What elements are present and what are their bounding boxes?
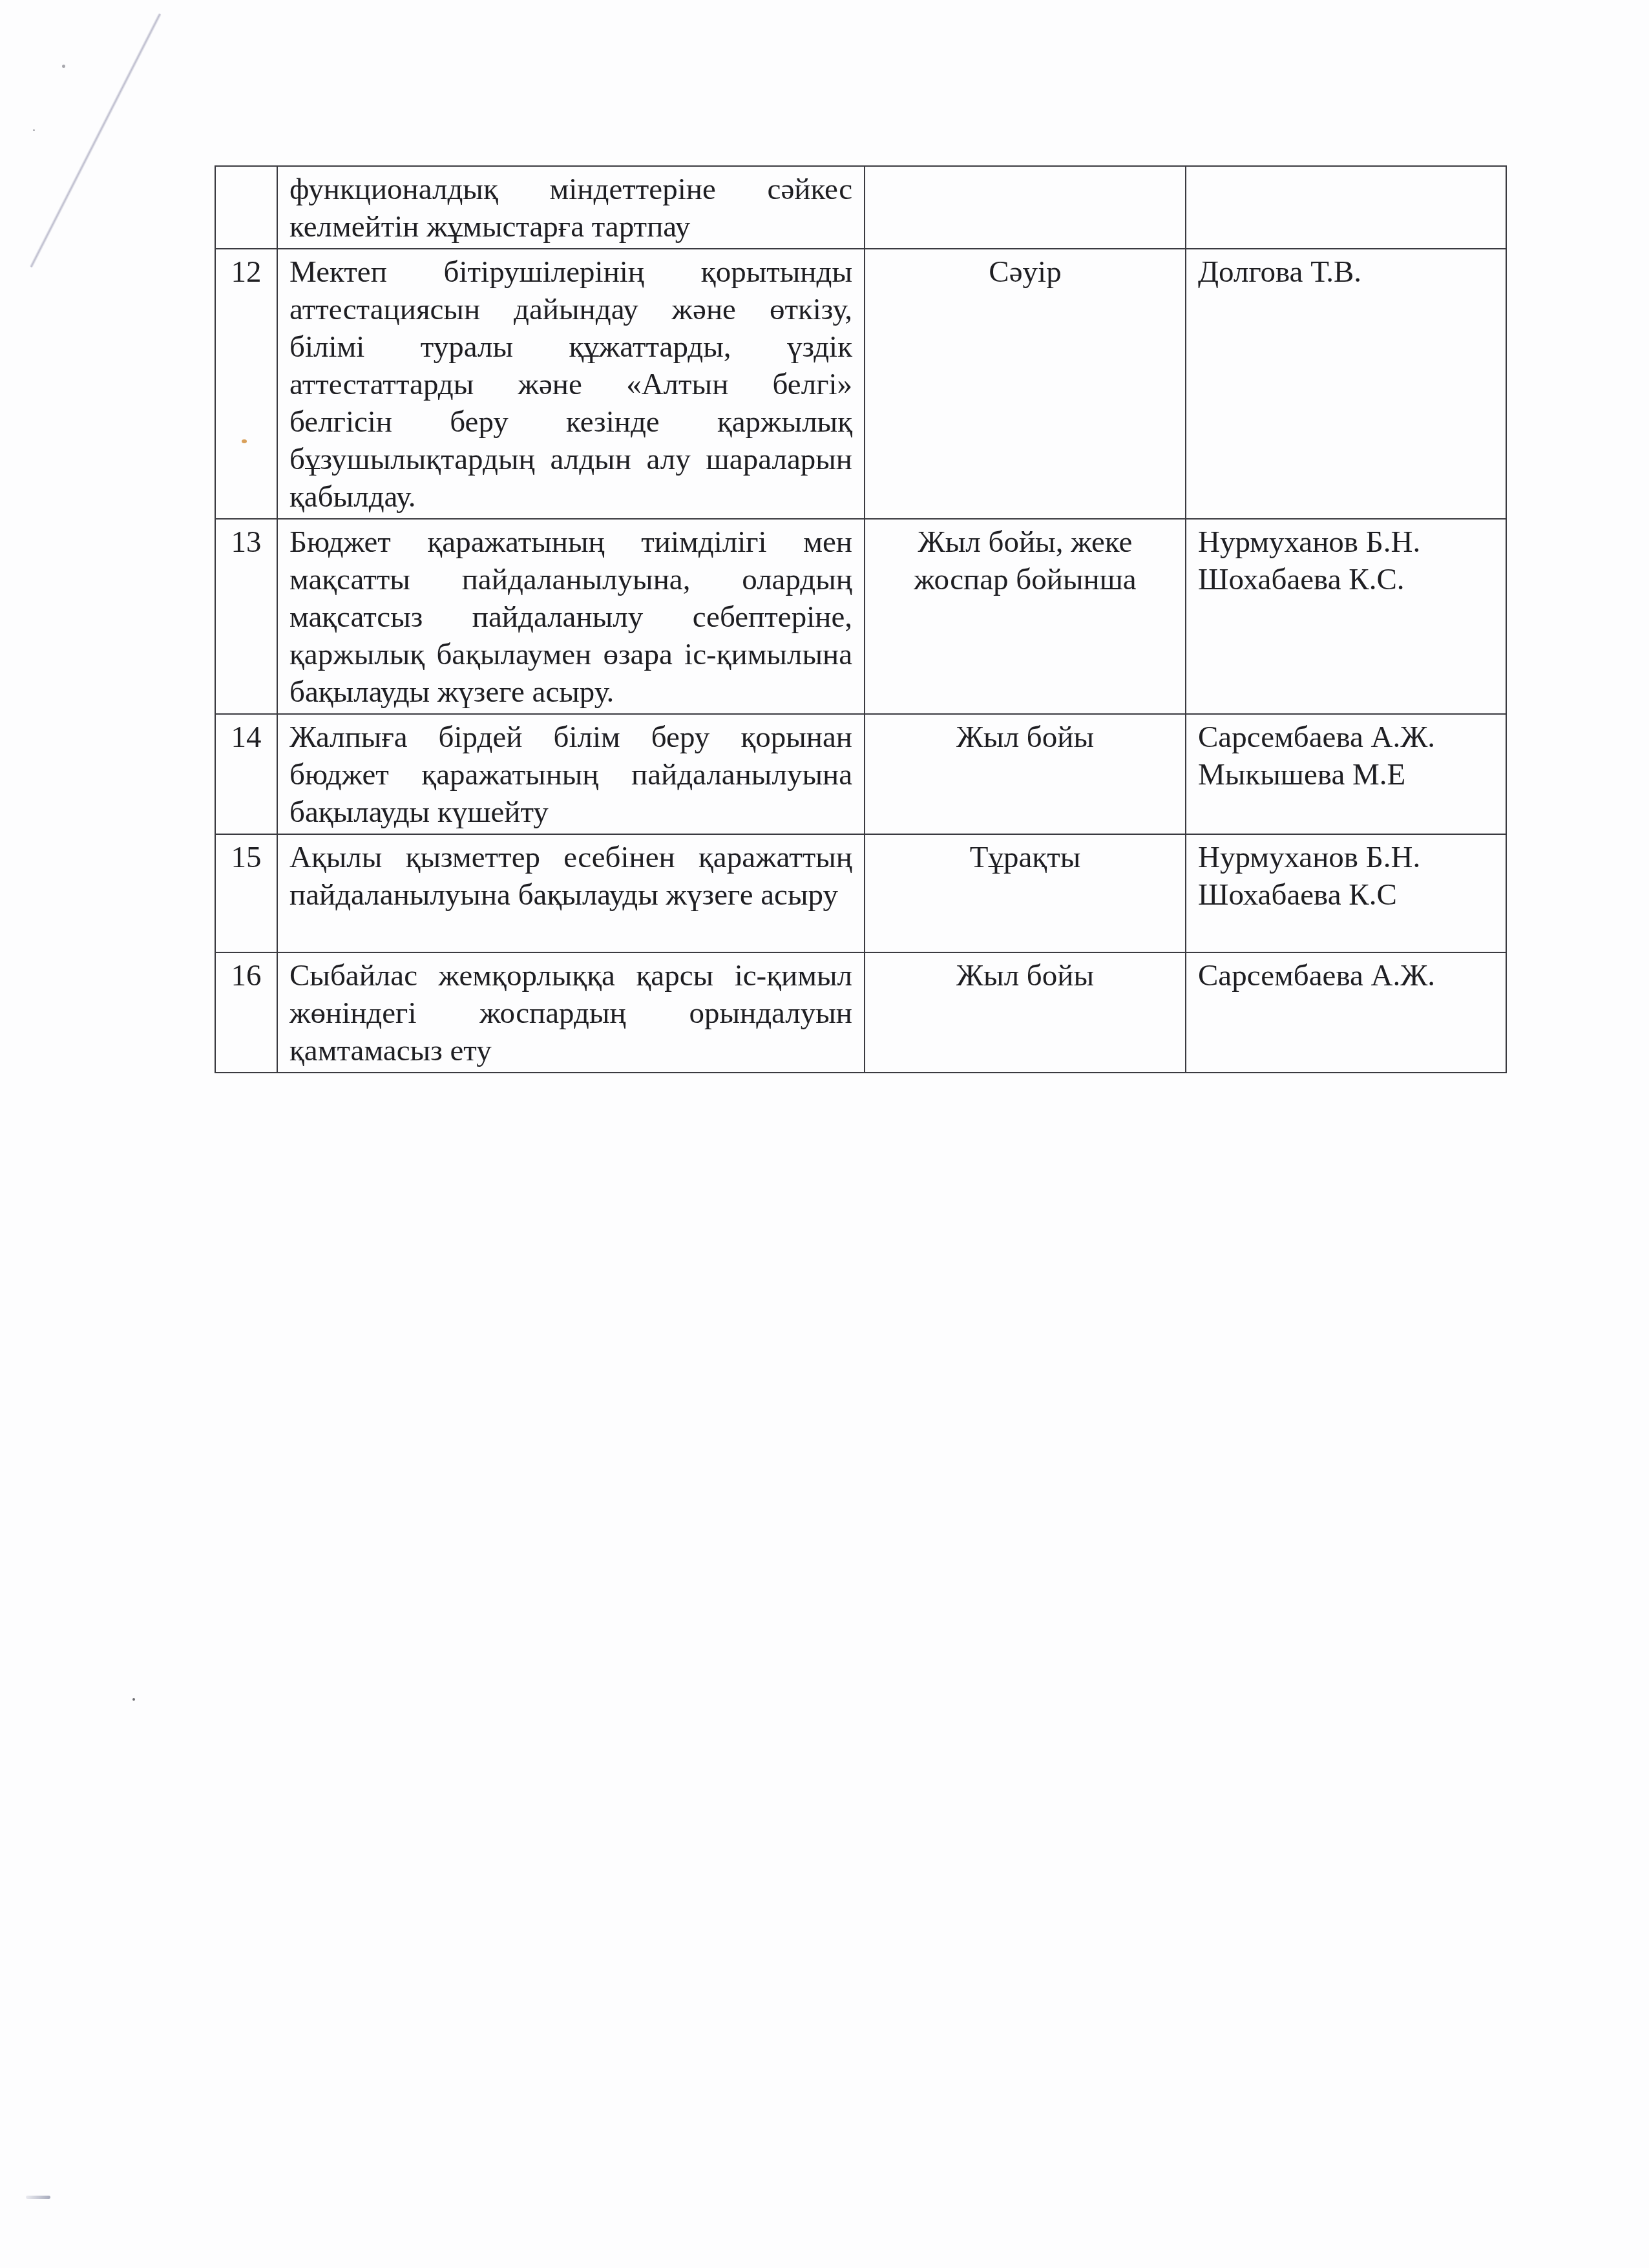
table-row: 13 Бюджет қаражатының тиімділігі мен мақ… — [215, 519, 1506, 714]
table-row: функционалдық міндеттеріне сәйкес келмей… — [215, 166, 1506, 249]
responsible-person: Мыкышева М.Е — [1198, 756, 1494, 793]
term-cell: Жыл бойы — [865, 952, 1186, 1073]
table-row: 12 Мектеп бітірушілерінің қорытынды атте… — [215, 249, 1506, 519]
table-row: 16 Сыбайлас жемқорлыққа қарсы іс-қимыл ж… — [215, 952, 1506, 1073]
row-number: 12 — [215, 249, 277, 519]
table-row: 14 Жалпыға бірдей білім беру қорынан бюд… — [215, 714, 1506, 834]
scan-speck — [62, 65, 65, 68]
row-number: 16 — [215, 952, 277, 1073]
responsible-cell: Нурмуханов Б.Н. Шохабаева К.С. — [1186, 519, 1506, 714]
term-cell: Сәуір — [865, 249, 1186, 519]
responsible-cell — [1186, 166, 1506, 249]
task-text: Сыбайлас жемқорлыққа қарсы іс-қимыл жөні… — [277, 952, 865, 1073]
row-number: 15 — [215, 834, 277, 952]
responsible-cell: Сарсембаева А.Ж. Мыкышева М.Е — [1186, 714, 1506, 834]
table-row: 15 Ақылы қызметтер есебінен қаражаттың п… — [215, 834, 1506, 952]
responsible-person: Сарсембаева А.Ж. — [1198, 719, 1494, 756]
task-text: Жалпыға бірдей білім беру қорынан бюджет… — [277, 714, 865, 834]
row-number — [215, 166, 277, 249]
responsible-person: Долгова Т.В. — [1198, 253, 1494, 291]
scan-streak-artifact — [29, 13, 162, 268]
term-cell: Жыл бойы — [865, 714, 1186, 834]
task-text: функционалдық міндеттеріне сәйкес келмей… — [277, 166, 865, 249]
term-cell: Тұрақты — [865, 834, 1186, 952]
scan-smudge — [26, 2196, 50, 2199]
responsible-person: Шохабаева К.С — [1198, 876, 1494, 914]
responsible-cell: Сарсембаева А.Ж. — [1186, 952, 1506, 1073]
term-line: Жыл бойы, жеке — [877, 523, 1173, 561]
term-line: жоспар бойынша — [877, 561, 1173, 598]
scan-speck — [33, 129, 35, 131]
responsible-person: Сарсембаева А.Ж. — [1198, 957, 1494, 994]
scan-speck — [132, 1698, 135, 1701]
responsible-cell: Долгова Т.В. — [1186, 249, 1506, 519]
responsible-person: Нурмуханов Б.Н. — [1198, 523, 1494, 561]
row-number: 14 — [215, 714, 277, 834]
responsible-person: Шохабаева К.С. — [1198, 561, 1494, 598]
responsible-cell: Нурмуханов Б.Н. Шохабаева К.С — [1186, 834, 1506, 952]
plan-table: функционалдық міндеттеріне сәйкес келмей… — [215, 165, 1507, 1073]
term-cell — [865, 166, 1186, 249]
term-cell: Жыл бойы, жеке жоспар бойынша — [865, 519, 1186, 714]
task-text: Ақылы қызметтер есебінен қаражаттың пайд… — [277, 834, 865, 952]
task-text: Бюджет қаражатының тиімділігі мен мақсат… — [277, 519, 865, 714]
task-text: Мектеп бітірушілерінің қорытынды аттеста… — [277, 249, 865, 519]
row-number: 13 — [215, 519, 277, 714]
responsible-person: Нурмуханов Б.Н. — [1198, 839, 1494, 876]
